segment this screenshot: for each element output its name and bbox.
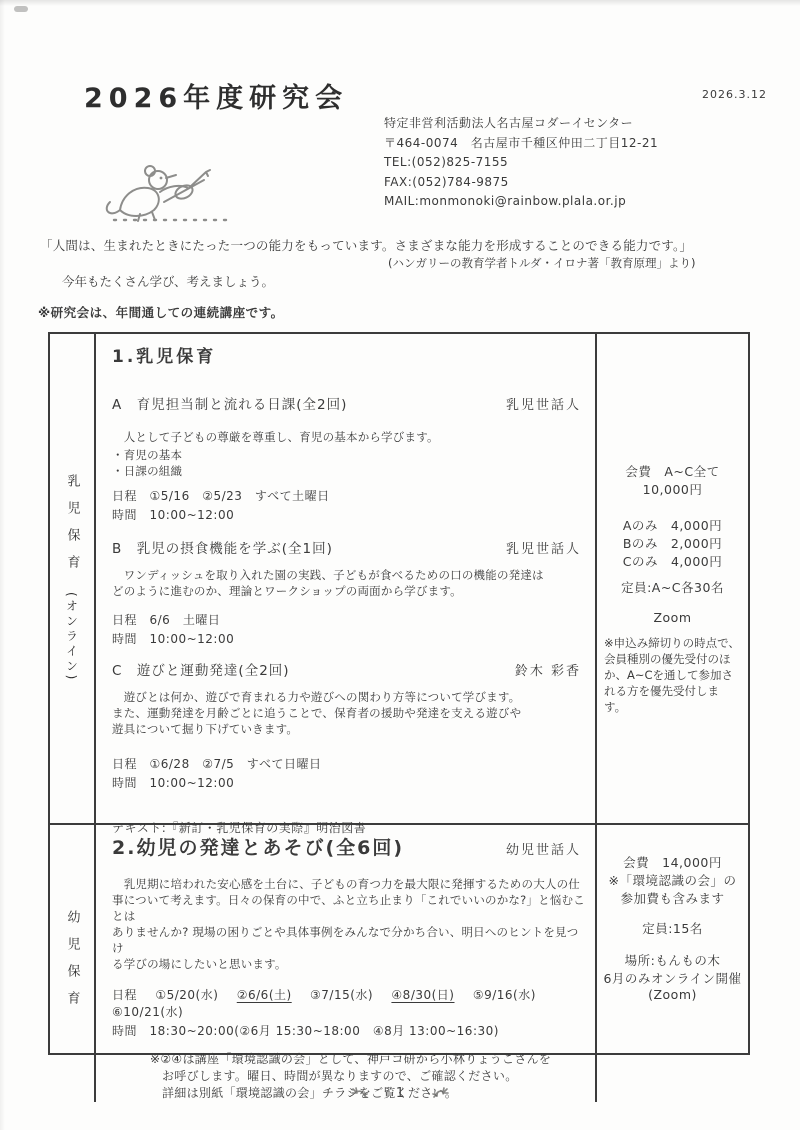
org-tel: TEL:(052)825-7155: [384, 153, 658, 173]
quote-attribution: (ハンガリーの教育学者トルダ・イロナ著「教育原理」より): [388, 255, 696, 271]
course-a-header: A 育児担当制と流れる日課(全2回) 乳児世話人: [112, 393, 587, 413]
series-note: ※研究会は、年間通しての連続講座です。: [38, 303, 284, 321]
scan-artifact: [14, 6, 28, 12]
venue-note: (Zoom): [597, 987, 748, 1002]
course-c-time: 時間 10:00~12:00: [112, 774, 587, 791]
schedule-token: ⑤9/16(水): [473, 988, 536, 1002]
org-address: 〒464-0074 名古屋市千種区仲田二丁目12-21: [384, 134, 658, 154]
org-fax: FAX:(052)784-9875: [384, 173, 658, 193]
course-a-bullet: ・育児の基本: [112, 447, 587, 463]
course-a-schedule: 日程 ①5/16 ②5/23 すべて土曜日: [112, 487, 587, 504]
mouse-ornament-right-icon: [432, 1084, 450, 1103]
scanned-flyer-page: 2026年度研究会 2026.3.12 特定非営利活動法人名古屋コダーイセンター…: [0, 0, 800, 1130]
schedule-token: ①5/20(水): [155, 988, 218, 1002]
section2-description: 乳児期に培われた安心感を土台に、子どもの育つ力を最大限に発揮するための大人の仕: [112, 876, 587, 892]
schedule-token: ③7/15(水): [310, 988, 373, 1002]
sidebar-infant-care-label: 乳児保育: [63, 474, 82, 582]
course-b-description: ワンディッシュを取り入れた園の実践、子どもが食べるための口の機能の発達は: [112, 567, 587, 583]
sidebar-toddler-care-label: 幼児保育: [63, 910, 82, 1018]
course-c-description: 遊具について掘り下げていきます。: [112, 721, 587, 737]
capacity-note: 定員:A~C各30名: [597, 578, 748, 596]
fee-item-a: Aのみ 4,000円: [597, 516, 748, 534]
mouse-ornament-left-icon: [350, 1084, 368, 1103]
schedule-token: ⑥10/21(水): [112, 1005, 183, 1019]
course-b-schedule: 日程 6/6 土曜日: [112, 611, 587, 628]
course-b-leader: 乳児世話人: [506, 538, 581, 557]
fee-subnote: 参加費も含みます: [597, 889, 748, 907]
quote-text: 「人間は、生まれたときにたった一つの能力をもっています。さまざまな能力を形成する…: [40, 236, 692, 254]
course-a-bullet: ・日課の組織: [112, 463, 587, 479]
section2-leader: 幼児世話人: [506, 839, 581, 858]
course-b-header: B 乳児の摂食機能を学ぶ(全1回) 乳児世話人: [112, 537, 587, 557]
section2-description: ありませんか? 現場の困りごとや具体事例をみんなで分かち合い、明日へのヒントを見…: [112, 924, 587, 956]
course-b-time: 時間 10:00~12:00: [112, 630, 587, 647]
course-c-header: C 遊びと運動発達(全2回) 鈴木 彩香: [112, 659, 587, 679]
org-name: 特定非営利活動法人名古屋コダーイセンター: [384, 114, 658, 134]
section2-title: 2.幼児の発達とあそび(全6回): [112, 833, 404, 860]
fee-item-b: Bのみ 2,000円: [597, 534, 748, 552]
course-c-description: 遊びとは何か、遊びで育まれる力や遊びへの関わり方等について学びます。: [112, 689, 587, 705]
section2-description: 事について考えます。日々の保育の中で、ふと立ち止まり「これでいいのかな?」と悩む…: [112, 892, 587, 924]
issue-date: 2026.3.12: [702, 88, 767, 101]
capacity-note: 定員:15名: [597, 919, 748, 937]
intro-message: 今年もたくさん学び、考えましょう。: [62, 272, 274, 290]
schedule-label: 日程: [112, 988, 137, 1002]
page-title: 2026年度研究会: [84, 76, 348, 115]
course-c-title: C 遊びと運動発達(全2回): [112, 659, 290, 679]
course-a-leader: 乳児世話人: [506, 394, 581, 413]
section1-info: 会費 A~C全て 10,000円 Aのみ 4,000円 Bのみ 2,000円 C…: [597, 334, 748, 825]
course-c-schedule: 日程 ①6/28 ②7/5 すべて日曜日: [112, 755, 587, 772]
section2-info: 会費 14,000円 ※「環境認識の会」の 参加費も含みます 定員:15名 場所…: [597, 825, 748, 1102]
section2-header: 2.幼児の発達とあそび(全6回) 幼児世話人: [112, 833, 587, 860]
priority-note: ※申込み締切りの時点で、会員種別の優先受付のほか、A~Cを通して参加される方を優…: [597, 635, 748, 715]
course-b-description: どのように進むのか、理論とワークショップの両面から学びます。: [112, 583, 587, 599]
section2-schedule: 日程 ①5/20(水) ②6/6(土) ③7/15(水) ④8/30(日) ⑤9…: [112, 986, 587, 1020]
sidebar-toddler-care: 幼児保育: [50, 825, 96, 1102]
sidebar-infant-care: 乳児保育 (オンライン): [50, 334, 96, 825]
section2-content: 2.幼児の発達とあそび(全6回) 幼児世話人 乳児期に培われた安心感を土台に、子…: [96, 825, 597, 1102]
fee-subnote: ※「環境認識の会」の: [597, 871, 748, 889]
mouse-violin-illustration: [100, 152, 240, 228]
section2-description: る学びの場にしたいと思います。: [112, 956, 587, 972]
course-c-description: また、運動発達を月齢ごとに追うことで、保育者の援助や発達を支える遊びや: [112, 705, 587, 721]
fee-total: 10,000円: [597, 480, 748, 498]
fee-note: 会費 14,000円: [597, 853, 748, 871]
venue-note: 場所:もんもの木: [597, 951, 748, 969]
page-footer: 1: [0, 1084, 800, 1103]
fee-item-c: Cのみ 4,000円: [597, 552, 748, 570]
course-a-description: 人として子どもの尊厳を尊重し、育児の基本から学びます。: [112, 429, 587, 445]
venue-note: Zoom: [597, 610, 748, 625]
venue-note: 6月のみオンライン開催: [597, 969, 748, 987]
schedule-token: ④8/30(日): [391, 988, 454, 1002]
section2-time: 時間 18:30~20:00(②6月 15:30~18:00 ④8月 13:00…: [112, 1022, 587, 1039]
fee-header: 会費 A~C全て: [597, 462, 748, 480]
lecture-note-line: ※②④は講座「環境認識の会」として、神戸コ研から小林りょうこさんを: [150, 1051, 587, 1068]
schedule-token: ②6/6(土): [237, 988, 292, 1002]
org-mail: MAIL:monmonoki@rainbow.plala.or.jp: [384, 192, 658, 212]
program-table: 乳児保育 (オンライン) 1.乳児保育 A 育児担当制と流れる日課(全2回) 乳…: [48, 332, 750, 1055]
course-a-time: 時間 10:00~12:00: [112, 506, 587, 523]
section1-title: 1.乳児保育: [112, 342, 587, 367]
page-number: 1: [396, 1086, 404, 1101]
course-a-title: A 育児担当制と流れる日課(全2回): [112, 393, 347, 413]
course-c-leader: 鈴木 彩香: [515, 660, 581, 679]
lecture-note-line: お呼びします。曜日、時間が異なりますので、ご確認ください。: [162, 1068, 587, 1085]
course-b-title: B 乳児の摂食機能を学ぶ(全1回): [112, 537, 333, 557]
organization-block: 特定非営利活動法人名古屋コダーイセンター 〒464-0074 名古屋市千種区仲田…: [384, 114, 658, 212]
sidebar-infant-care-sub: (オンライン): [64, 592, 81, 682]
section1-content: 1.乳児保育 A 育児担当制と流れる日課(全2回) 乳児世話人 人として子どもの…: [96, 334, 597, 825]
